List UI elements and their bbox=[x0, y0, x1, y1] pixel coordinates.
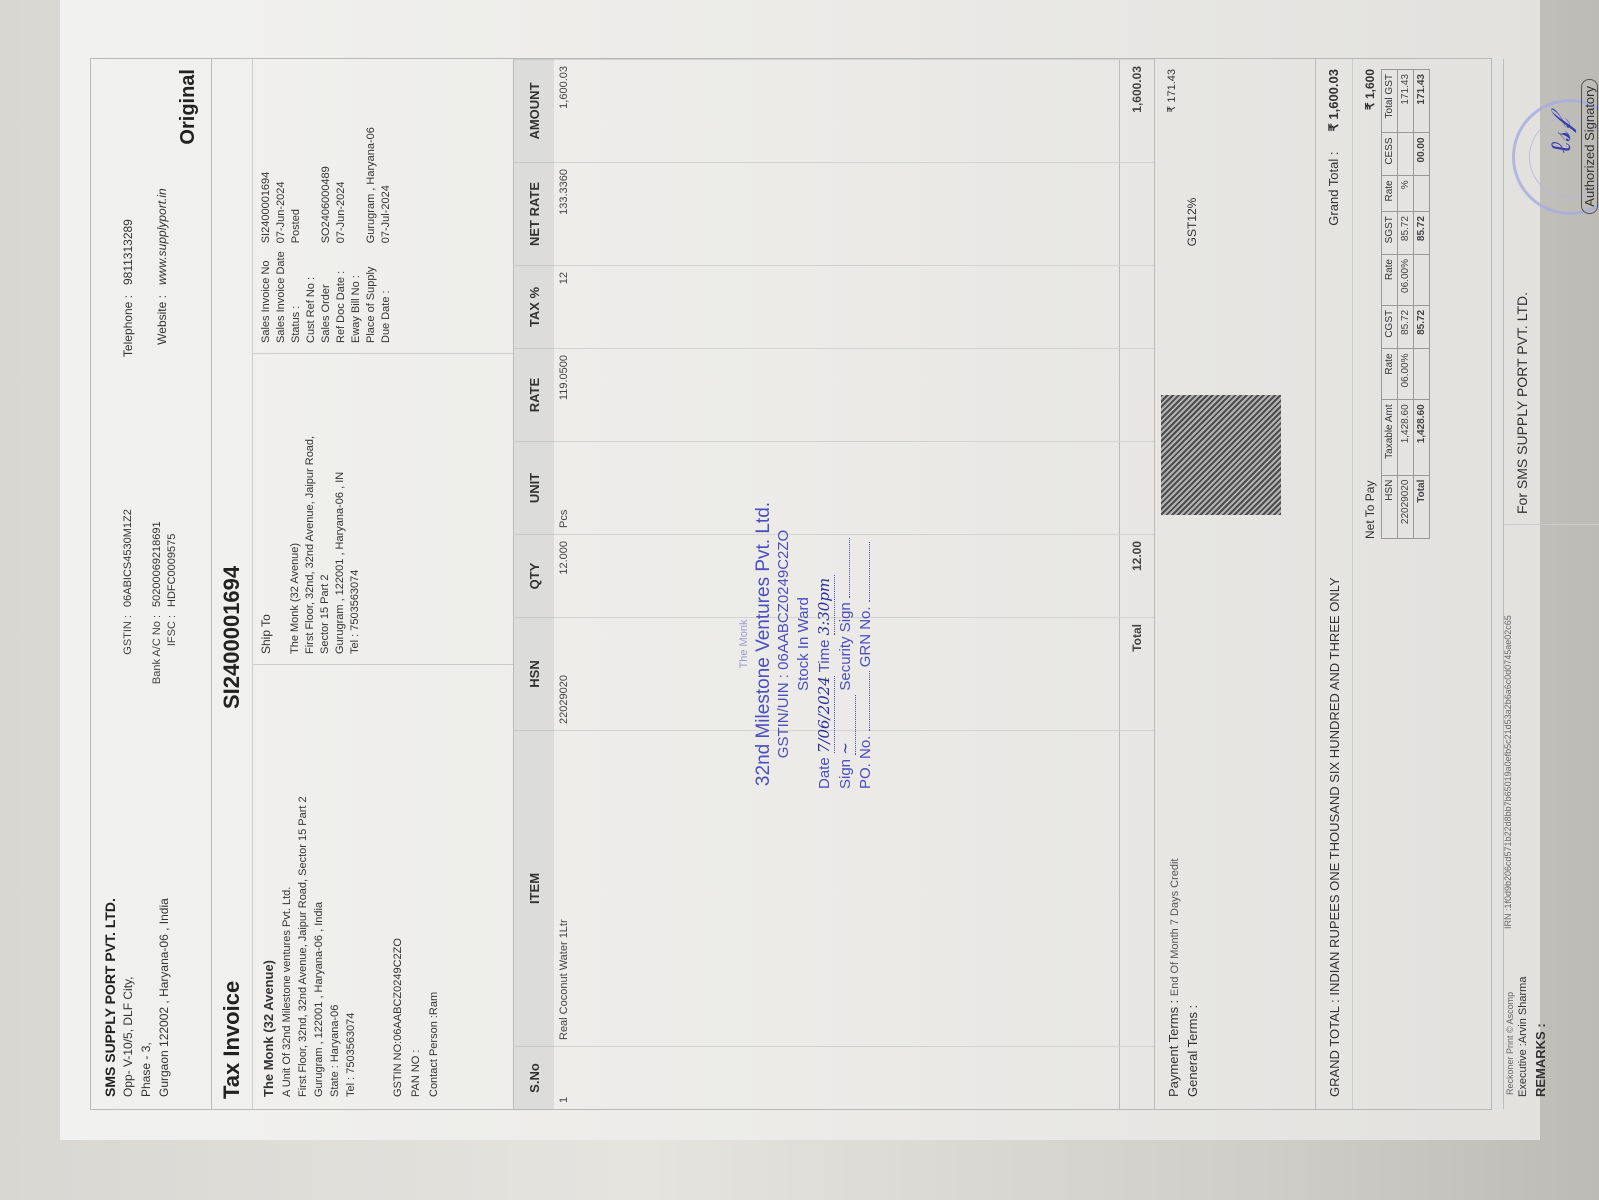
tax-row: 220290201,428.6006.00%85.7206.00%85.72%1… bbox=[1398, 70, 1414, 539]
printed-by: Reckoner Print © Ascomp bbox=[1505, 992, 1515, 1095]
invoice-paper: SMS SUPPLY PORT PVT. LTD. Opp- V-10/5, D… bbox=[60, 0, 1540, 1140]
meta-label: Cust Ref No : bbox=[304, 243, 319, 343]
tax-total-cell: 171.43 bbox=[1414, 70, 1430, 133]
meta-row: Sales OrderSO2406000489 bbox=[319, 119, 334, 343]
stamp-company: 32nd Milestone Ventures Pvt. Ltd. bbox=[754, 479, 774, 809]
buyer-name: The Monk (32 Avenue) bbox=[259, 677, 279, 1097]
meta-value bbox=[349, 119, 364, 243]
tax-total-cell bbox=[1414, 176, 1430, 212]
column-header: HSN bbox=[514, 618, 554, 731]
stamp-time-value: 3:30pm bbox=[814, 575, 835, 635]
e-invoice-qr-code bbox=[1161, 395, 1281, 515]
payment-terms-label: Payment Terms : bbox=[1166, 1000, 1181, 1097]
signature-icon: ℓ𝓈𝒻 bbox=[1544, 119, 1578, 153]
party-block: The Monk (32 Avenue) A Unit Of 32nd Mile… bbox=[253, 59, 514, 1109]
tax-breakup-table: HSNTaxable AmtRateCGSTRateSGSTRateCESSTo… bbox=[1381, 69, 1430, 539]
contact-person: Contact Person :Ram bbox=[425, 677, 443, 1097]
meta-label: Place of Supply bbox=[364, 243, 379, 343]
tax-total-cell bbox=[1414, 255, 1430, 306]
tax-cell: 171.43 bbox=[1398, 70, 1414, 133]
tax-cell: 85.72 bbox=[1398, 212, 1414, 255]
website: www.supplyport.in bbox=[155, 188, 169, 285]
tax-column-header: Rate bbox=[1382, 349, 1398, 400]
gstin-label: GSTIN : bbox=[121, 615, 136, 695]
tax-cell: % bbox=[1398, 176, 1414, 212]
ship-line: Gurugram , 122001 , Haryana-06 , IN bbox=[333, 364, 348, 654]
meta-row: Due Date :07-Jul-2024 bbox=[379, 119, 394, 343]
stamp-sign-scribble: ~ bbox=[835, 695, 856, 755]
ship-line: The Monk (32 Avenue) bbox=[288, 364, 303, 654]
stamp-po-label: PO. No. bbox=[857, 736, 874, 789]
signature-block: For SMS SUPPLY PORT PVT. LTD. ℓ𝓈𝒻 Author… bbox=[1504, 59, 1599, 524]
tax-total-row: Total1,428.6085.7285.7200.00171.43 bbox=[1414, 70, 1430, 539]
terms-section: Payment Terms : End Of Month 7 Days Cred… bbox=[1155, 59, 1316, 1109]
stamp-sign-label: Sign bbox=[837, 759, 854, 789]
seller-address-1: Opp- V-10/5, DLF City, bbox=[119, 707, 137, 1097]
buyer-line: Tel : 7503563074 bbox=[343, 677, 359, 1097]
seller-gstin: 06ABICS4530M1Z2 bbox=[122, 509, 134, 607]
bank-block: GSTIN :06ABICS4530M1Z2 Bank A/C No :5020… bbox=[91, 395, 211, 695]
stamp-date-label: Date bbox=[816, 757, 833, 789]
executive-block: Executive :Arvin Sharma REMARKS : bbox=[1504, 524, 1599, 1109]
table-cell: 133.3360 bbox=[554, 163, 578, 266]
irn-number: IRN :1f0d9b206cd571b22d8bb7b65019a0efb5c… bbox=[1503, 615, 1513, 929]
column-header: ITEM bbox=[514, 731, 554, 1047]
column-header: TAX % bbox=[514, 266, 554, 349]
total-qty: 12.00 bbox=[1120, 535, 1155, 618]
table-cell: Real Coconut Water 1Ltr bbox=[554, 731, 578, 1047]
buyer-line: Gurugram , 122001 , Haryana-06 , India bbox=[311, 677, 327, 1097]
tax-column-header: CGST bbox=[1382, 305, 1398, 349]
general-terms-label: General Terms : bbox=[1184, 537, 1202, 1097]
payment-terms-value: End Of Month 7 Days Credit bbox=[1169, 859, 1181, 997]
seller-address-2: Phase - 3, bbox=[137, 707, 155, 1097]
stamp-header: The Monk bbox=[734, 479, 754, 809]
total-label: Total bbox=[1120, 618, 1155, 731]
invoice-document: SMS SUPPLY PORT PVT. LTD. Opp- V-10/5, D… bbox=[90, 58, 1492, 1110]
tax-column-header: Rate bbox=[1382, 176, 1398, 212]
authorized-signatory: Authorized Signatory bbox=[1581, 79, 1598, 214]
gst-amount: ₹ 171.43 bbox=[1165, 69, 1178, 113]
invoice-meta: Sales Invoice NoSI2400001694Sales Invoic… bbox=[253, 59, 513, 354]
column-header: RATE bbox=[514, 349, 554, 442]
meta-label: Status : bbox=[289, 243, 304, 343]
net-to-pay-label: Net To Pay bbox=[1363, 481, 1377, 539]
meta-value: 07-Jul-2024 bbox=[379, 119, 394, 243]
items-total-row: Total12.001,600.03 bbox=[1120, 60, 1155, 1110]
tax-cell: 06.00% bbox=[1398, 349, 1414, 400]
tax-total-cell: 85.72 bbox=[1414, 212, 1430, 255]
tax-total-cell: 1,428.60 bbox=[1414, 400, 1430, 475]
tax-column-header: Taxable Amt bbox=[1382, 400, 1398, 475]
telephone: 9811313289 bbox=[121, 219, 135, 285]
stamp-date-value: 7/06/2024 bbox=[814, 676, 835, 753]
table-row: 1Real Coconut Water 1Ltr2202902012.000Pc… bbox=[554, 60, 578, 1110]
table-cell: 1 bbox=[554, 1047, 578, 1110]
invoice-number: SI2400001694 bbox=[219, 566, 245, 709]
meta-value: SI2400001694 bbox=[259, 119, 274, 243]
column-header: NET RATE bbox=[514, 163, 554, 266]
meta-value: Posted bbox=[289, 119, 304, 243]
tax-total-cell bbox=[1414, 349, 1430, 400]
items-section: S.NoITEMHSNQTYUNITRATETAX %NET RATEAMOUN… bbox=[514, 59, 1155, 1109]
meta-value: SO2406000489 bbox=[319, 119, 334, 243]
meta-value: Gurugram , Haryana-06 bbox=[364, 119, 379, 243]
meta-label: Sales Invoice No bbox=[259, 243, 274, 343]
buyer-gstin: GSTIN NO:06AABCZ0249C2ZO bbox=[389, 677, 407, 1097]
bank-label: Bank A/C No : bbox=[150, 615, 165, 695]
column-header: UNIT bbox=[514, 442, 554, 535]
invoice-header: SMS SUPPLY PORT PVT. LTD. Opp- V-10/5, D… bbox=[91, 59, 212, 1109]
tax-total-cell: Total bbox=[1414, 475, 1430, 538]
ship-line: First Floor, 32nd, 32nd Avenue, Jaipur R… bbox=[303, 364, 318, 654]
gst-rate-label: GST12% bbox=[1185, 69, 1199, 375]
column-header: AMOUNT bbox=[514, 60, 554, 163]
stamp-gstin: GSTIN/UIN : 06AABCZ0249C2ZO bbox=[774, 479, 794, 809]
copy-type: Original bbox=[171, 69, 205, 145]
meta-row: Ref Doc Date :07-Jun-2024 bbox=[334, 119, 349, 343]
ship-to-label: Ship To bbox=[259, 364, 274, 654]
buyer-line: A Unit Of 32nd Milestone ventures Pvt. L… bbox=[279, 677, 295, 1097]
document-title: Tax Invoice bbox=[219, 709, 245, 1109]
stamp-security-label: Security Sign bbox=[837, 602, 854, 690]
stamp-time-label: Time bbox=[816, 640, 833, 673]
grand-total-value: ₹ 1,600.03 bbox=[1326, 69, 1342, 132]
stamp-grn-label: GRN No. bbox=[857, 606, 874, 667]
stamp-title: Stock In Ward bbox=[794, 479, 814, 809]
tax-cell: 06.00% bbox=[1398, 255, 1414, 306]
website-label: Website : bbox=[145, 295, 179, 385]
tax-cell: 85.72 bbox=[1398, 305, 1414, 349]
grand-total-words: INDIAN RUPEES ONE THOUSAND SIX HUNDRED A… bbox=[1327, 577, 1342, 995]
tax-total-cell: 00.00 bbox=[1414, 133, 1430, 176]
tax-total-cell: 85.72 bbox=[1414, 305, 1430, 349]
table-cell: 1,600.03 bbox=[554, 60, 578, 163]
grand-total-words-label: GRAND TOTAL : bbox=[1327, 999, 1342, 1097]
ship-line: Tel : 7503563074 bbox=[348, 364, 363, 654]
meta-row: Cust Ref No : bbox=[304, 119, 319, 343]
executive-name: Executive :Arvin Sharma bbox=[1514, 537, 1532, 1097]
tax-column-header: CESS bbox=[1382, 133, 1398, 176]
remarks-label: REMARKS : bbox=[1532, 537, 1550, 1097]
table-cell: 22029020 bbox=[554, 618, 578, 731]
table-cell: 12 bbox=[554, 266, 578, 349]
tax-cell bbox=[1398, 133, 1414, 176]
meta-value: 07-Jun-2024 bbox=[274, 119, 289, 243]
ship-line: Sector 15 Part 2 bbox=[318, 364, 333, 654]
meta-label: Due Date : bbox=[379, 243, 394, 343]
meta-label: Sales Order bbox=[319, 243, 334, 343]
meta-row: Place of SupplyGurugram , Haryana-06 bbox=[364, 119, 379, 343]
seller-address-3: Gurgaon 122002 , Haryana-06 , India bbox=[155, 707, 173, 1097]
meta-row: Sales Invoice Date07-Jun-2024 bbox=[274, 119, 289, 343]
tax-cell: 22029020 bbox=[1398, 475, 1414, 538]
contact-block: Telephone :9811313289 Website :www.suppl… bbox=[91, 59, 211, 395]
amount-in-words-row: GRAND TOTAL : INDIAN RUPEES ONE THOUSAND… bbox=[1316, 59, 1353, 1109]
bank-account: 50200069218691 bbox=[151, 521, 163, 607]
column-header: S.No bbox=[514, 1047, 554, 1110]
buyer-line: State : Haryana-06 bbox=[327, 677, 343, 1097]
meta-row: Sales Invoice NoSI2400001694 bbox=[259, 119, 274, 343]
tax-column-header: Rate bbox=[1382, 255, 1398, 306]
ifsc-label: IFSC : bbox=[165, 615, 180, 695]
seller-block: SMS SUPPLY PORT PVT. LTD. Opp- V-10/5, D… bbox=[91, 695, 211, 1109]
gst-summary: GST12% ₹ 171.43 bbox=[1155, 59, 1315, 385]
seller-name: SMS SUPPLY PORT PVT. LTD. bbox=[101, 707, 119, 1097]
bill-to: The Monk (32 Avenue) A Unit Of 32nd Mile… bbox=[253, 665, 513, 1109]
table-cell: Pcs bbox=[554, 442, 578, 535]
tax-cell: 1,428.60 bbox=[1398, 400, 1414, 475]
tax-column-header: HSN bbox=[1382, 475, 1398, 538]
total-amount: 1,600.03 bbox=[1120, 60, 1155, 163]
buyer-pan: PAN NO : bbox=[407, 677, 425, 1097]
table-cell: 12.000 bbox=[554, 535, 578, 618]
stock-inward-stamp: The Monk 32nd Milestone Ventures Pvt. Lt… bbox=[734, 479, 876, 809]
meta-value: 07-Jun-2024 bbox=[334, 119, 349, 243]
meta-label: Ref Doc Date : bbox=[334, 243, 349, 343]
net-to-pay-value: ₹ 1,600 bbox=[1363, 69, 1377, 110]
table-cell: 119.0500 bbox=[554, 349, 578, 442]
meta-label: Eway Bill No : bbox=[349, 243, 364, 343]
ifsc-code: HDFC0009575 bbox=[166, 534, 178, 607]
tax-column-header: SGST bbox=[1382, 212, 1398, 255]
meta-row: Status :Posted bbox=[289, 119, 304, 343]
meta-value bbox=[304, 119, 319, 243]
tax-breakup-section: Net To Pay ₹ 1,600 HSNTaxable AmtRateCGS… bbox=[1353, 59, 1504, 1109]
terms-block: Payment Terms : End Of Month 7 Days Cred… bbox=[1155, 525, 1315, 1109]
footer: Executive :Arvin Sharma REMARKS : For SM… bbox=[1504, 59, 1599, 1109]
column-header: QTY bbox=[514, 535, 554, 618]
telephone-label: Telephone : bbox=[111, 295, 145, 385]
meta-label: Sales Invoice Date bbox=[274, 243, 289, 343]
tax-column-header: Total GST bbox=[1382, 70, 1398, 133]
meta-row: Eway Bill No : bbox=[349, 119, 364, 343]
ship-to: Ship To The Monk (32 Avenue) First Floor… bbox=[253, 354, 513, 665]
buyer-line: First Floor, 32nd, 32nd Avenue, Jaipur R… bbox=[295, 677, 311, 1097]
title-bar: Tax Invoice SI2400001694 bbox=[212, 59, 253, 1109]
grand-total-label: Grand Total : bbox=[1326, 152, 1342, 226]
